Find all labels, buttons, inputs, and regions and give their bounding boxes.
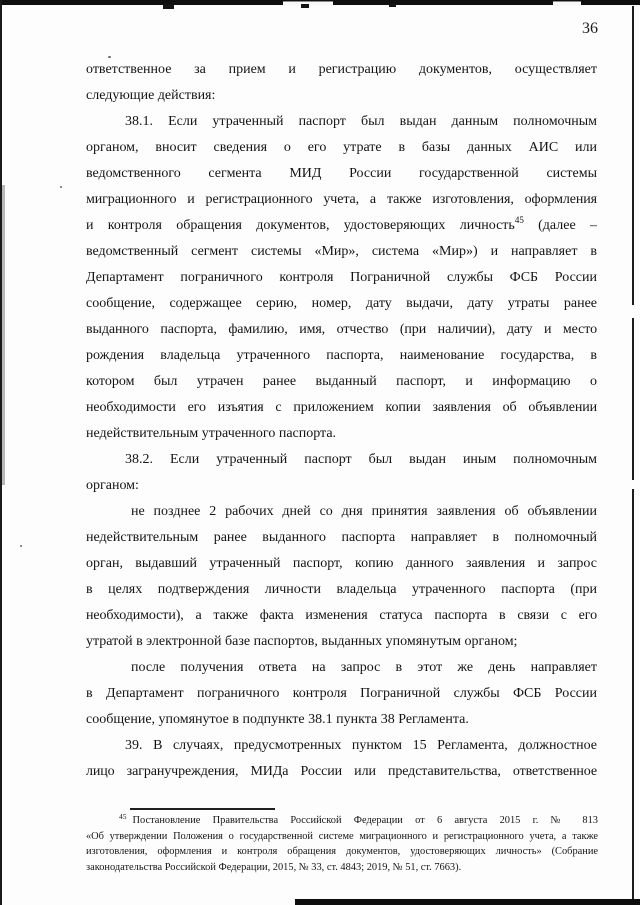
text-line: необходимости), а также факта изменения … bbox=[86, 603, 597, 629]
footnote-marker-45: 45 bbox=[119, 813, 127, 821]
text-line-with-footnote-ref: и контроля обращения документов, удостов… bbox=[86, 213, 597, 239]
text-line: Департамент пограничного контроля Погран… bbox=[86, 265, 597, 291]
text-line: сообщение, упомянутое в подпункте 38.1 п… bbox=[86, 707, 597, 733]
text-segment: (далее – bbox=[524, 218, 597, 233]
text-line: следующие действия: bbox=[86, 83, 597, 109]
text-line: орган, выдавший утраченный паспорт, копи… bbox=[86, 551, 597, 577]
text-line: котором был утрачен ранее выданный паспо… bbox=[86, 369, 597, 395]
footnote: 45Постановление Правительства Российской… bbox=[86, 813, 598, 875]
text-line: сообщение, содержащее серию, номер, дату… bbox=[86, 291, 597, 317]
footnote-text-segment: Постановление Правительства Российской Ф… bbox=[133, 815, 599, 826]
text-line: рождения владельца утраченного паспорта,… bbox=[86, 343, 597, 369]
footnote-reference-45: 45 bbox=[515, 215, 524, 225]
text-line: органом: bbox=[86, 473, 597, 499]
text-line: миграционного и регистрационного учета, … bbox=[86, 187, 597, 213]
text-line: лицо загранучреждения, МИДа России или п… bbox=[86, 759, 597, 785]
text-line: ответственное за прием и регистрацию док… bbox=[86, 57, 597, 83]
footnote-line: изготовления, оформления и контроля обра… bbox=[86, 844, 598, 860]
text-segment: и контроля обращения документов, удостов… bbox=[86, 218, 515, 233]
footnote-line: «Об утверждении Положения о государствен… bbox=[86, 829, 598, 845]
text-line: ведомственного сегмента МИД России госуд… bbox=[86, 161, 597, 187]
footnote-line: 45Постановление Правительства Российской… bbox=[86, 813, 598, 829]
text-line-clause-39: 39. В случаях, предусмотренных пунктом 1… bbox=[86, 733, 597, 759]
footnote-line: законодательства Российской Федерации, 2… bbox=[86, 860, 598, 876]
text-line: недействительным утраченного паспорта. bbox=[86, 421, 597, 447]
text-line: органом, вносит сведения о его утрате в … bbox=[86, 135, 597, 161]
text-line: недействительным ранее выданного паспорт… bbox=[86, 525, 597, 551]
text-line: утратой в электронной базе паспортов, вы… bbox=[86, 629, 597, 655]
text-line: необходимости его изъятия с приложением … bbox=[86, 395, 597, 421]
text-line: в целях подтверждения личности владельца… bbox=[86, 577, 597, 603]
text-line: ведомственный сегмент системы «Мир», сис… bbox=[86, 239, 597, 265]
footnote-separator bbox=[130, 808, 275, 810]
text-line: выданного паспорта, фамилию, имя, отчест… bbox=[86, 317, 597, 343]
scanned-document-page: { "page": { "number": "36" }, "body": { … bbox=[0, 0, 640, 905]
text-line-clause-38-1: 38.1. Если утраченный паспорт был выдан … bbox=[86, 109, 597, 135]
text-line-clause-38-2: 38.2. Если утраченный паспорт был выдан … bbox=[86, 447, 597, 473]
document-body: ответственное за прием и регистрацию док… bbox=[86, 57, 597, 785]
text-line: не позднее 2 рабочих дней со дня приняти… bbox=[86, 499, 597, 525]
text-line: после получения ответа на запрос в этот … bbox=[86, 655, 597, 681]
text-line: в Департамент пограничного контроля Погр… bbox=[86, 681, 597, 707]
page-number: 36 bbox=[582, 20, 598, 38]
